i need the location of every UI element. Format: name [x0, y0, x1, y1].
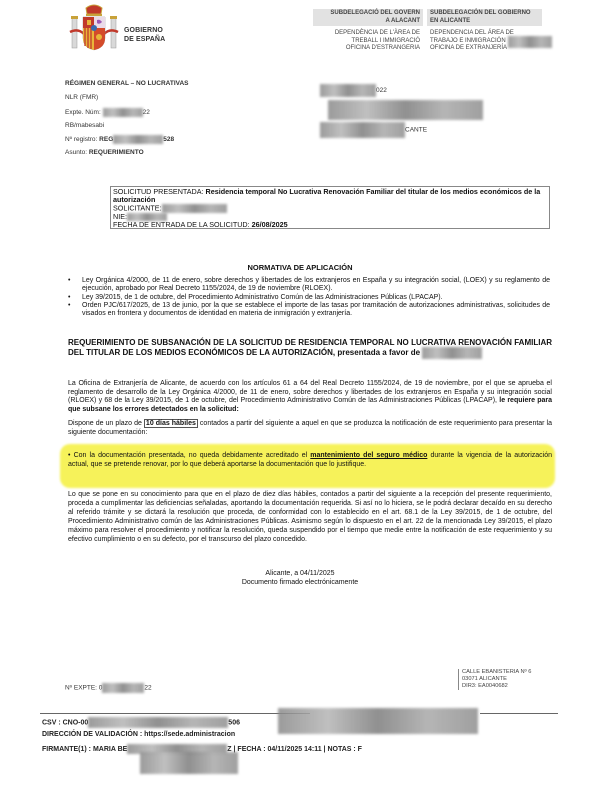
redacted-block: [162, 204, 227, 213]
normativa-heading: NORMATIVA DE APLICACIÓN: [0, 263, 600, 272]
solicitante-line: SOLICITANTE:: [113, 204, 547, 213]
subdelegacion-catalan-band: SUBDELEGACIÓ DEL GOVERNA ALACANT: [313, 9, 423, 26]
validation-url[interactable]: DIRECCIÓN DE VALIDACIÓN : https://sede.a…: [42, 731, 235, 738]
plazo-days: 10 días hábiles: [144, 419, 198, 428]
spain-coat-of-arms-logo: [68, 4, 120, 54]
required-document-item: • Con la documentación presentada, no qu…: [68, 452, 552, 469]
regime-heading: RÉGIMEN GENERAL – NO LUCRATIVAS: [65, 80, 189, 87]
registro-number: Nº registro: REG528: [65, 135, 174, 144]
solicitud-summary-box: SOLICITUD PRESENTADA: Residencia tempora…: [110, 186, 550, 229]
asunto-line: Asunto: REQUERIMIENTO: [65, 149, 144, 156]
bottom-expediente: Nº EXPTE: 022: [65, 683, 152, 693]
redacted-block: [140, 752, 238, 774]
plazo-paragraph: Dispone de un plazo de 10 días hábiles c…: [68, 420, 552, 437]
seguro-medico-emphasis: mantenimiento del seguro médico: [310, 452, 427, 459]
nlr-label: NLR (FMR): [65, 94, 98, 101]
redacted-block: [88, 717, 228, 728]
redacted-block: [328, 100, 483, 120]
addressee-line-3: CANTE: [320, 122, 427, 138]
redacted-block: [320, 122, 405, 138]
redacted-block: [113, 135, 163, 144]
addressee-line-1: 022: [320, 84, 387, 97]
footer-divider: [40, 713, 310, 714]
requerimiento-paragraph: La Oficina de Extranjería de Alicante, d…: [68, 380, 552, 414]
subdelegacion-spanish-band: SUBDELEGACIÓN DEL GOBIERNOEN ALICANTE: [427, 9, 542, 26]
redacted-block: [278, 708, 478, 734]
redacted-block: [422, 347, 482, 359]
office-address: CALLE EBANISTERIA Nº 6 03071 ALICANTE DI…: [458, 669, 531, 690]
list-item: Orden PJC/617/2025, de 13 de junio, por …: [68, 302, 550, 319]
normativa-list: Ley Orgánica 4/2000, de 11 de enero, sob…: [68, 277, 550, 318]
conocimiento-paragraph: Lo que se pone en su conocimiento para q…: [68, 491, 552, 544]
footer-divider: [480, 713, 558, 714]
signature-block: Alicante, a 04/11/2025 Documento firmado…: [0, 570, 600, 587]
list-item: Ley Orgánica 4/2000, de 11 de enero, sob…: [68, 277, 550, 294]
reference-code: RB/mabesabi: [65, 122, 104, 129]
redacted-block: [320, 84, 376, 97]
gobierno-de-espana-label: GOBIERNO DE ESPAÑA: [124, 27, 165, 44]
redacted-block: [103, 108, 143, 117]
redacted-block: [508, 36, 552, 48]
requerimiento-title: REQUERIMIENTO DE SUBSANACIÓN DE LA SOLIC…: [68, 338, 552, 359]
redacted-block: [102, 683, 144, 693]
list-item: Ley 39/2015, de 1 de octubre, del Proced…: [68, 294, 550, 302]
csv-line: CSV : CNO-00506: [42, 717, 240, 728]
redacted-block: [127, 213, 167, 221]
expediente-number: Expte. Núm: 22: [65, 108, 150, 117]
dependencia-catalan: DEPENDÈNCIA DE L'ÀREA DETREBALL I IMMIGR…: [313, 30, 423, 53]
